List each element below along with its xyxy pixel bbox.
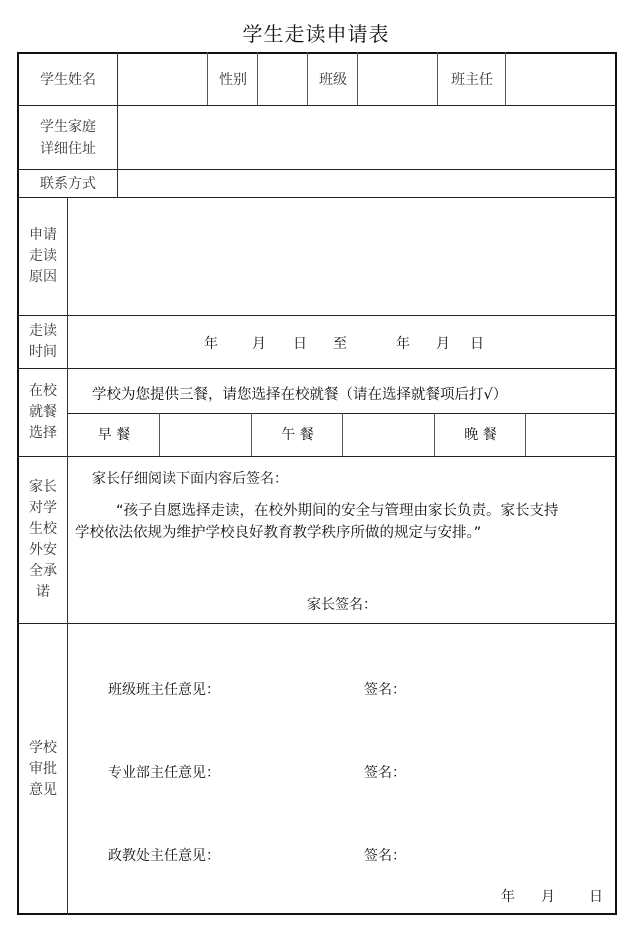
end-year-unit: 年	[396, 333, 410, 353]
pledge-label: 家长 对学 生校 外安 全承 诺	[19, 457, 67, 623]
pledge-label-line: 外安	[29, 540, 57, 561]
pledge-label-line: 全承	[29, 561, 57, 582]
pledge-label-line: 家长	[29, 477, 57, 498]
reason-label-line: 原因	[29, 267, 57, 288]
home-address-label-line2: 详细住址	[40, 138, 96, 160]
head-teacher-sign-label: 签名：	[364, 679, 406, 699]
department-head-sign-label: 签名：	[364, 762, 406, 782]
contact-field[interactable]	[119, 170, 615, 197]
pledge-label-line: 生校	[29, 519, 57, 540]
head-teacher-field[interactable]	[507, 54, 615, 105]
divider	[207, 52, 208, 105]
meals-label: 在校 就餐 选择	[19, 369, 67, 456]
department-head-sign-field[interactable]	[410, 755, 590, 785]
divider	[17, 368, 617, 369]
contact-label: 联系方式	[19, 170, 117, 197]
head-teacher-opinion-field[interactable]	[235, 672, 355, 702]
divider	[67, 197, 68, 915]
political-office-opinion-field[interactable]	[235, 838, 355, 868]
divider	[257, 52, 258, 105]
political-office-sign-field[interactable]	[410, 838, 590, 868]
meals-label-line: 在校	[29, 381, 57, 402]
approval-label-line: 审批	[29, 759, 57, 780]
department-head-opinion-field[interactable]	[235, 755, 355, 785]
home-address-label: 学生家庭 详细住址	[19, 106, 117, 169]
reason-field[interactable]	[69, 198, 615, 315]
student-name-field[interactable]	[119, 54, 207, 105]
divider	[434, 413, 435, 456]
divider	[505, 52, 506, 105]
parent-signature-label: 家长签名：	[307, 594, 377, 614]
reason-label-line: 申请	[29, 225, 57, 246]
breakfast-label: 早 餐	[69, 414, 159, 456]
divider	[357, 52, 358, 105]
end-month-unit: 月	[436, 333, 450, 353]
divider	[437, 52, 438, 105]
political-office-sign-label: 签名：	[364, 845, 406, 865]
approval-day-unit: 日	[589, 886, 603, 906]
gender-field[interactable]	[259, 54, 307, 105]
divider	[525, 413, 526, 456]
dinner-checkbox[interactable]	[527, 414, 615, 456]
home-address-label-line1: 学生家庭	[40, 116, 96, 138]
divider	[307, 52, 308, 105]
period-label: 走读 时间	[19, 316, 67, 368]
pledge-statement-line2: 学校依法依规为维护学校良好教育教学秩序所做的规定与安排。”	[75, 521, 481, 542]
head-teacher-opinion-label: 班级班主任意见：	[108, 679, 220, 699]
divider	[17, 623, 617, 624]
lunch-checkbox[interactable]	[344, 414, 434, 456]
period-label-line: 走读	[29, 321, 57, 342]
approval-month-unit: 月	[541, 886, 555, 906]
approval-year-unit: 年	[501, 886, 515, 906]
meals-instruction: 学校为您提供三餐，请您选择在校就餐（请在选择就餐项后打√）	[92, 383, 507, 404]
divider	[251, 413, 252, 456]
meals-label-line: 选择	[29, 423, 57, 444]
gender-label: 性别	[209, 54, 257, 105]
to-label: 至	[333, 333, 347, 353]
divider	[17, 456, 617, 457]
head-teacher-sign-field[interactable]	[410, 672, 590, 702]
class-field[interactable]	[359, 54, 437, 105]
end-day-unit: 日	[470, 333, 484, 353]
divider	[117, 52, 118, 197]
divider	[342, 413, 343, 456]
start-day-unit: 日	[293, 333, 307, 353]
divider	[159, 413, 160, 456]
meals-label-line: 就餐	[29, 402, 57, 423]
approval-label: 学校 审批 意见	[19, 624, 67, 915]
student-name-label: 学生姓名	[19, 54, 117, 105]
form-title: 学生走读申请表	[0, 18, 632, 47]
pledge-intro: 家长仔细阅读下面内容后签名：	[92, 468, 288, 488]
approval-label-line: 意见	[29, 780, 57, 801]
dinner-label: 晚 餐	[436, 414, 525, 456]
reason-label: 申请 走读 原因	[19, 198, 67, 315]
pledge-label-line: 对学	[29, 498, 57, 519]
period-label-line: 时间	[29, 342, 57, 363]
political-office-opinion-label: 政教处主任意见：	[108, 845, 220, 865]
class-label: 班级	[309, 54, 357, 105]
start-year-unit: 年	[204, 333, 218, 353]
start-month-unit: 月	[252, 333, 266, 353]
pledge-statement-line1: “孩子自愿选择走读，在校外期间的安全与管理由家长负责。家长支持	[116, 499, 559, 520]
lunch-label: 午 餐	[253, 414, 342, 456]
home-address-field[interactable]	[119, 106, 615, 169]
period-field[interactable]: 年 月 日 至 年 月 日	[69, 316, 615, 368]
department-head-opinion-label: 专业部主任意见：	[108, 762, 220, 782]
breakfast-checkbox[interactable]	[161, 414, 251, 456]
reason-label-line: 走读	[29, 246, 57, 267]
head-teacher-label: 班主任	[439, 54, 505, 105]
approval-label-line: 学校	[29, 738, 57, 759]
pledge-label-line: 诺	[36, 582, 50, 603]
parent-signature-field[interactable]	[390, 588, 590, 616]
